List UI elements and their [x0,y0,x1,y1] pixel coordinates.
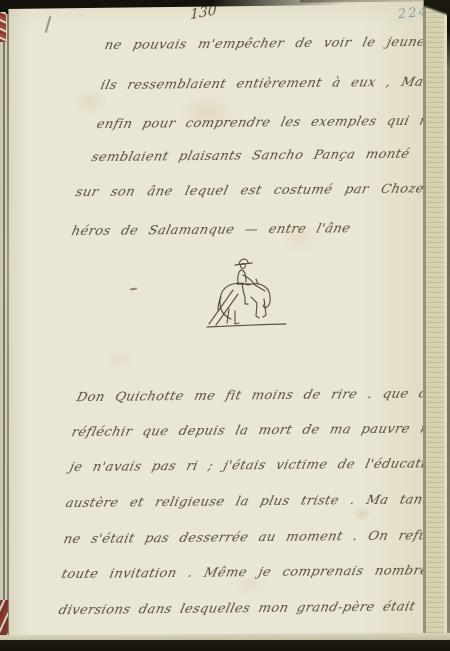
handwriting-line: ne s'était pas desserrée au moment . On … [62,528,450,547]
handwriting-line: héros de Salamanque — entre l'âne [70,221,352,239]
handwriting-line: enfin pour comprendre les exemples qui m… [95,113,442,132]
handwriting-line: diversions dans lesquelles mon grand-pèr… [57,599,450,618]
handwriting-line: ne pouvais m'empêcher de voir le jeune e… [103,34,450,53]
fore-edge-page-stack [426,0,444,651]
binding-gutter-line [7,0,9,651]
handwriting-line: austère et religieuse la plus triste . M… [64,492,438,511]
sketch-ground-line [207,324,286,327]
horse-rider-sketch [185,256,300,338]
marbled-cover-bottom [0,600,8,640]
stray-ink-dash [130,288,137,291]
handwriting-line: réfléchir que depuis la mort de ma pauvr… [70,421,450,440]
binding-gutter-shadow [3,0,5,651]
marbled-cover-top [0,12,6,42]
top-dark-edge [6,0,346,9]
handwriting-line: je n'avais pas ri ; j'étais victime de l… [68,456,444,475]
handwriting-line: Don Quichotte me fit moins de rire . que… [75,386,450,405]
handwriting-line: toute invitation . Même je comprenais no… [60,563,450,582]
manuscript-scan-page: 130 224 ne pouvais m'empêcher de voir le… [0,0,450,651]
top-edge-shadow [300,0,430,3]
handwriting-line: ils ressemblaient entièrement à eux , Ma… [99,75,437,93]
cover-corner [424,0,450,22]
pencil-tick-mark [45,16,52,33]
bottom-dark-edge [0,640,450,651]
handwriting-line: sur son âne lequel est costumé par Choze… [74,181,431,200]
handwriting-line: semblaient plaisants Sancho Pança monté [90,147,411,165]
